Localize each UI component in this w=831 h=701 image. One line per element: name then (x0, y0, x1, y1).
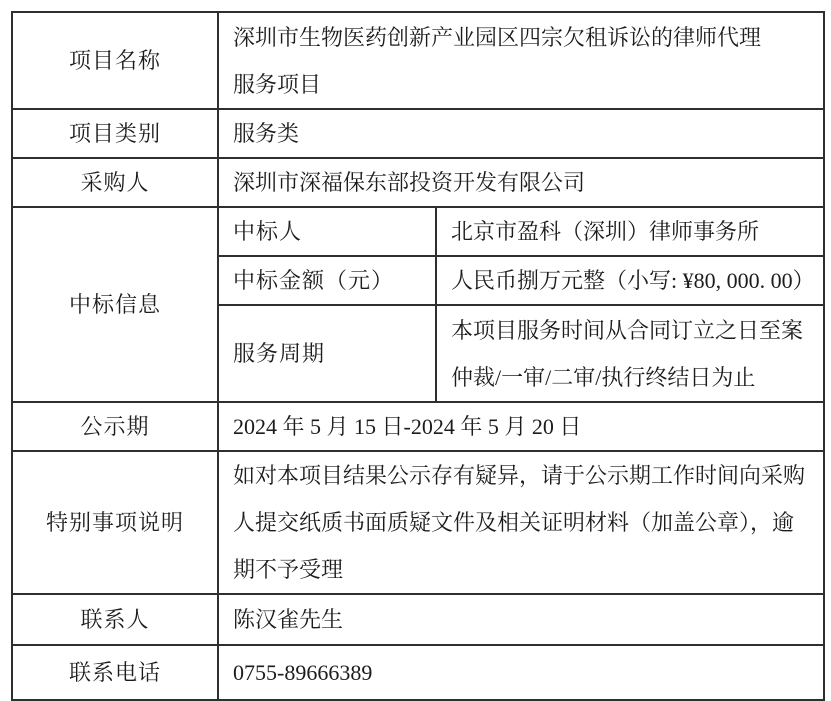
row-value-contact-person: 陈汉雀先生 (218, 594, 824, 645)
row-label-project-category: 项目类别 (12, 109, 218, 158)
table-row-winning-bidder: 中标信息 中标人 北京市盈科（深圳）律师事务所 (12, 207, 824, 256)
row-value-purchaser: 深圳市深福保东部投资开发有限公司 (218, 158, 824, 207)
row-value-special-notes: 如对本项目结果公示存有疑异，请于公示期工作时间向采购 人提交纸质书面质疑文件及相… (218, 451, 824, 594)
row-value-contact-phone: 0755-89666389 (218, 645, 824, 700)
row-value-winning-bidder: 北京市盈科（深圳）律师事务所 (436, 207, 824, 256)
row-label-project-name: 项目名称 (12, 12, 218, 109)
table-row-project-category: 项目类别 服务类 (12, 109, 824, 158)
table-row-project-name: 项目名称 深圳市生物医药创新产业园区四宗欠租诉讼的律师代理 服务项目 (12, 12, 824, 109)
row-value-award-amount: 人民币捌万元整（小写: ¥80, 000. 00） (436, 256, 824, 305)
table-row-publicity-period: 公示期 2024 年 5 月 15 日-2024 年 5 月 20 日 (12, 402, 824, 451)
announcement-table: 项目名称 深圳市生物医药创新产业园区四宗欠租诉讼的律师代理 服务项目 项目类别 … (11, 11, 825, 701)
table-row-special-notes: 特别事项说明 如对本项目结果公示存有疑异，请于公示期工作时间向采购 人提交纸质书… (12, 451, 824, 594)
row-label-winning-bidder: 中标人 (218, 207, 436, 256)
row-label-purchaser: 采购人 (12, 158, 218, 207)
row-label-contact-phone: 联系电话 (12, 645, 218, 700)
row-value-project-name: 深圳市生物医药创新产业园区四宗欠租诉讼的律师代理 服务项目 (218, 12, 824, 109)
row-label-award-amount: 中标金额（元） (218, 256, 436, 305)
row-value-publicity-period: 2024 年 5 月 15 日-2024 年 5 月 20 日 (218, 402, 824, 451)
row-label-publicity-period: 公示期 (12, 402, 218, 451)
table-row-contact-person: 联系人 陈汉雀先生 (12, 594, 824, 645)
table-row-purchaser: 采购人 深圳市深福保东部投资开发有限公司 (12, 158, 824, 207)
table-row-contact-phone: 联系电话 0755-89666389 (12, 645, 824, 700)
row-label-award-info: 中标信息 (12, 207, 218, 402)
row-label-contact-person: 联系人 (12, 594, 218, 645)
row-label-service-period: 服务周期 (218, 305, 436, 402)
row-value-project-category: 服务类 (218, 109, 824, 158)
row-label-special-notes: 特别事项说明 (12, 451, 218, 594)
row-value-service-period: 本项目服务时间从合同订立之日至案 仲裁/一审/二审/执行终结日为止 (436, 305, 824, 402)
